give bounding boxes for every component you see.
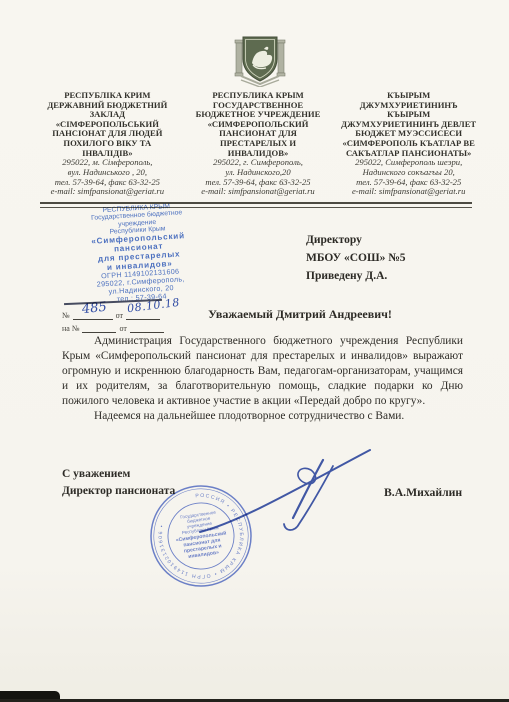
addressee-block: Директору МБОУ «СОШ» №5 Приведену Д.А. bbox=[306, 231, 406, 285]
signoff-name: В.А.Михайлин bbox=[384, 486, 462, 499]
salutation: Уважаемый Дмитрий Андреевич! bbox=[160, 307, 440, 322]
org-address-ru: 295022, г. Симферополь, ул. Надинского,2… bbox=[183, 158, 334, 197]
org-address-uk: 295022, м. Сімферополь, вул. Надинського… bbox=[32, 158, 183, 197]
paragraph-gratitude: Администрация Государственного бюджетног… bbox=[62, 334, 463, 409]
paragraph-cooperation: Надеемся на дальнейшее плодотворное сотр… bbox=[62, 409, 463, 424]
corner-stamp: РЕСПУБЛИКА КРЫМ Государственное бюджетно… bbox=[47, 200, 231, 307]
letter-body: Администрация Государственного бюджетног… bbox=[62, 334, 463, 423]
signoff-regards: С уважением bbox=[62, 468, 130, 480]
header-column-ukrainian: РЕСПУБЛІКА КРИМ ДЕРЖАВНИЙ БЮДЖЕТНИЙ ЗАКЛ… bbox=[32, 91, 183, 197]
crimea-coat-of-arms-icon bbox=[233, 31, 287, 87]
org-name-ru: РЕСПУБЛИКА КРЫМ ГОСУДАРСТВЕННОЕ БЮДЖЕТНО… bbox=[183, 91, 334, 158]
handwritten-outgoing-number: 485 bbox=[81, 300, 107, 318]
org-name-uk: РЕСПУБЛІКА КРИМ ДЕРЖАВНИЙ БЮДЖЕТНИЙ ЗАКЛ… bbox=[32, 91, 183, 158]
director-signature bbox=[185, 442, 380, 537]
incoming-number-blank bbox=[82, 322, 116, 333]
scanned-letter-page: РЕСПУБЛІКА КРИМ ДЕРЖАВНИЙ БЮДЖЕТНИЙ ЗАКЛ… bbox=[0, 0, 509, 702]
org-address-crh: 295022, Симферополь шеэри, Надинского со… bbox=[333, 158, 484, 197]
letterhead: РЕСПУБЛІКА КРИМ ДЕРЖАВНИЙ БЮДЖЕТНИЙ ЗАКЛ… bbox=[32, 91, 484, 197]
header-column-russian: РЕСПУБЛИКА КРЫМ ГОСУДАРСТВЕННОЕ БЮДЖЕТНО… bbox=[183, 91, 334, 197]
reference-row-incoming: на № от bbox=[62, 320, 167, 333]
org-name-crh: КЪЫРЫМ ДЖУМХУРИЕТИНИНЪ КЪЫРЫМ ДЖУМХУРИЕТ… bbox=[333, 91, 484, 158]
incoming-date-blank bbox=[130, 322, 164, 333]
header-column-crimean-tatar: КЪЫРЫМ ДЖУМХУРИЕТИНИНЪ КЪЫРЫМ ДЖУМХУРИЕТ… bbox=[333, 91, 484, 197]
